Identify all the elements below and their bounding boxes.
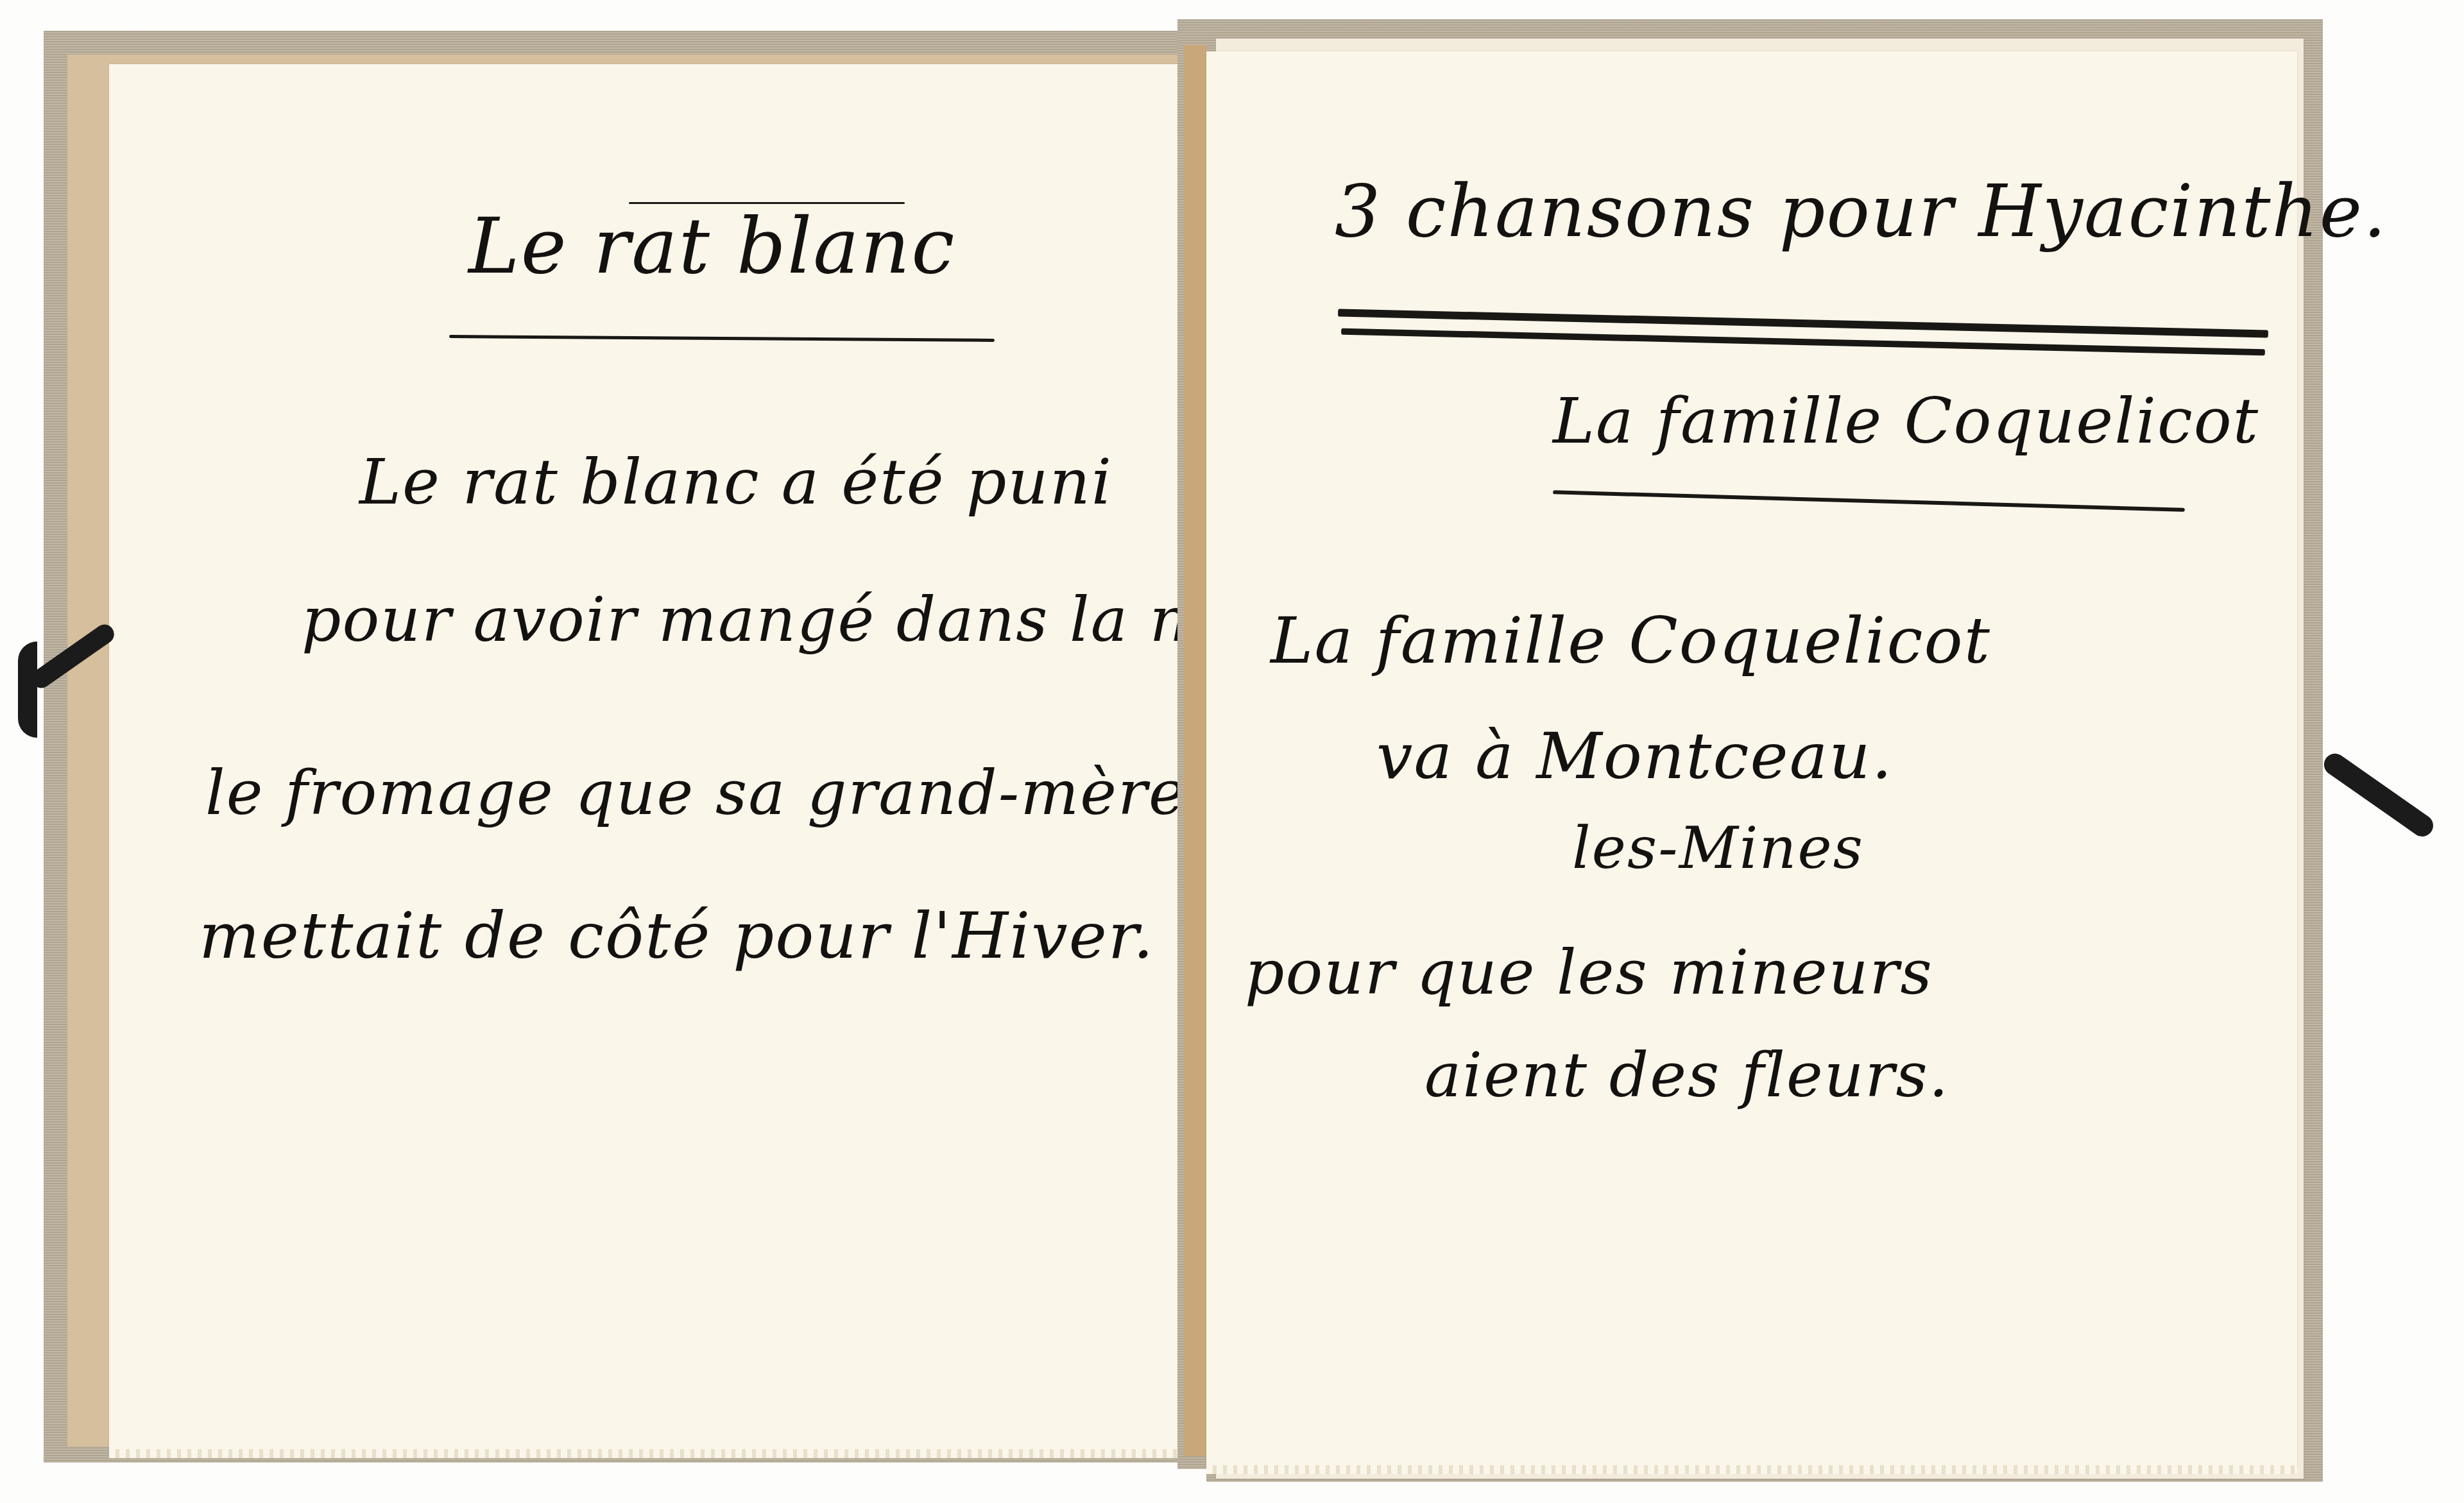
left-ribbon-loop (18, 641, 37, 738)
left-line-4: mettait de côté pour l'Hiver. (199, 898, 1154, 973)
left-line-1: Le rat blanc a été puni (359, 446, 1113, 519)
right-line-3: les-Mines (1572, 815, 1864, 882)
right-page-subtitle: La famille Coquelicot (1553, 385, 2259, 458)
right-line-1: La famille Coquelicot (1270, 603, 1991, 678)
right-ribbon-tie[interactable] (2320, 749, 2437, 841)
left-page: Le rat blanc Le rat blanc a été puni pou… (109, 64, 1177, 1453)
right-line-2: va à Montceau. (1376, 718, 1894, 794)
left-title-overline (629, 202, 905, 204)
right-page: 3 chansons pour Hyacinthe. La famille Co… (1206, 51, 2297, 1469)
left-page-deckle-edge (109, 1449, 1177, 1458)
left-title-underline (449, 335, 995, 342)
right-line-4: pour que les mineurs (1245, 937, 1933, 1008)
right-page-deckle-edge (1206, 1465, 2297, 1474)
subtitle-underline (1553, 490, 2185, 512)
right-page-heading: 3 chansons pour Hyacinthe. (1335, 170, 2388, 253)
spine-gutter (1184, 45, 1206, 1456)
left-line-2: pour avoir mangé dans la nuit (302, 584, 1278, 656)
left-line-3: le fromage que sa grand-mère (205, 757, 1186, 829)
left-page-title: Le rat blanc (468, 202, 955, 291)
right-line-5: aient des fleurs. (1425, 1039, 1949, 1111)
